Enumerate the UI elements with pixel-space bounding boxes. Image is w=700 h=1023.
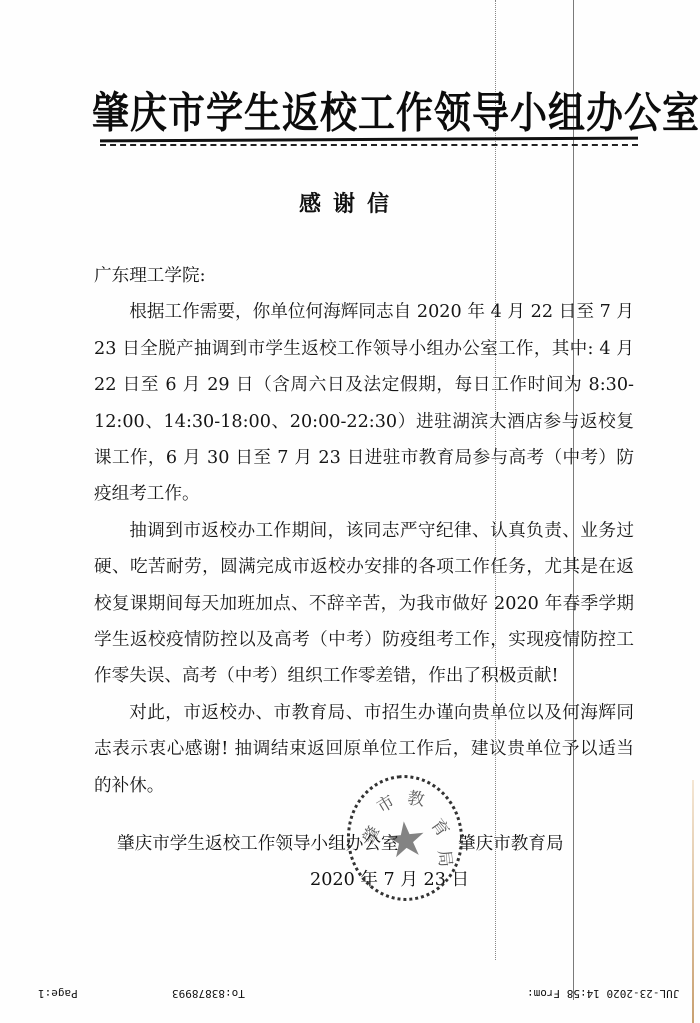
- paragraph: 对此，市返校办、市教育局、市招生办谨向贵单位以及何海辉同志表示衷心感谢! 抽调结…: [94, 695, 634, 804]
- document-title: 感谢信: [0, 187, 700, 218]
- seal-char: 教: [406, 783, 427, 810]
- salutation: 广东理工学院:: [94, 258, 634, 294]
- letter-body: 广东理工学院: 根据工作需要，你单位何海辉同志自 2020 年 4 月 22 日…: [94, 258, 634, 804]
- seal-char: 局: [434, 848, 461, 868]
- seal-char: 肇: [355, 821, 385, 848]
- paper-edge: [692, 780, 694, 1023]
- seal-char: 育: [426, 812, 456, 840]
- fax-from-header: JUL-23-2020 14:58 From:: [527, 987, 679, 1000]
- star-icon: ★: [381, 810, 430, 870]
- fax-page-number: Page:1: [38, 987, 78, 1000]
- fax-to-number: To:83878993: [172, 987, 245, 1000]
- paragraph: 抽调到市返校办工作期间，该同志严守纪律、认真负责、业务过硬、吃苦耐劳，圆满完成市…: [94, 513, 634, 695]
- signature-org-education-bureau: 肇庆市教育局: [458, 830, 564, 855]
- header-rule-dashed: [100, 144, 638, 146]
- paragraph: 根据工作需要，你单位何海辉同志自 2020 年 4 月 22 日至 7 月 23…: [94, 294, 634, 512]
- org-header: 肇庆市学生返校工作领导小组办公室: [92, 78, 632, 140]
- letter-page: 肇庆市学生返校工作领导小组办公室 感谢信 广东理工学院: 根据工作需要，你单位何…: [0, 0, 700, 1023]
